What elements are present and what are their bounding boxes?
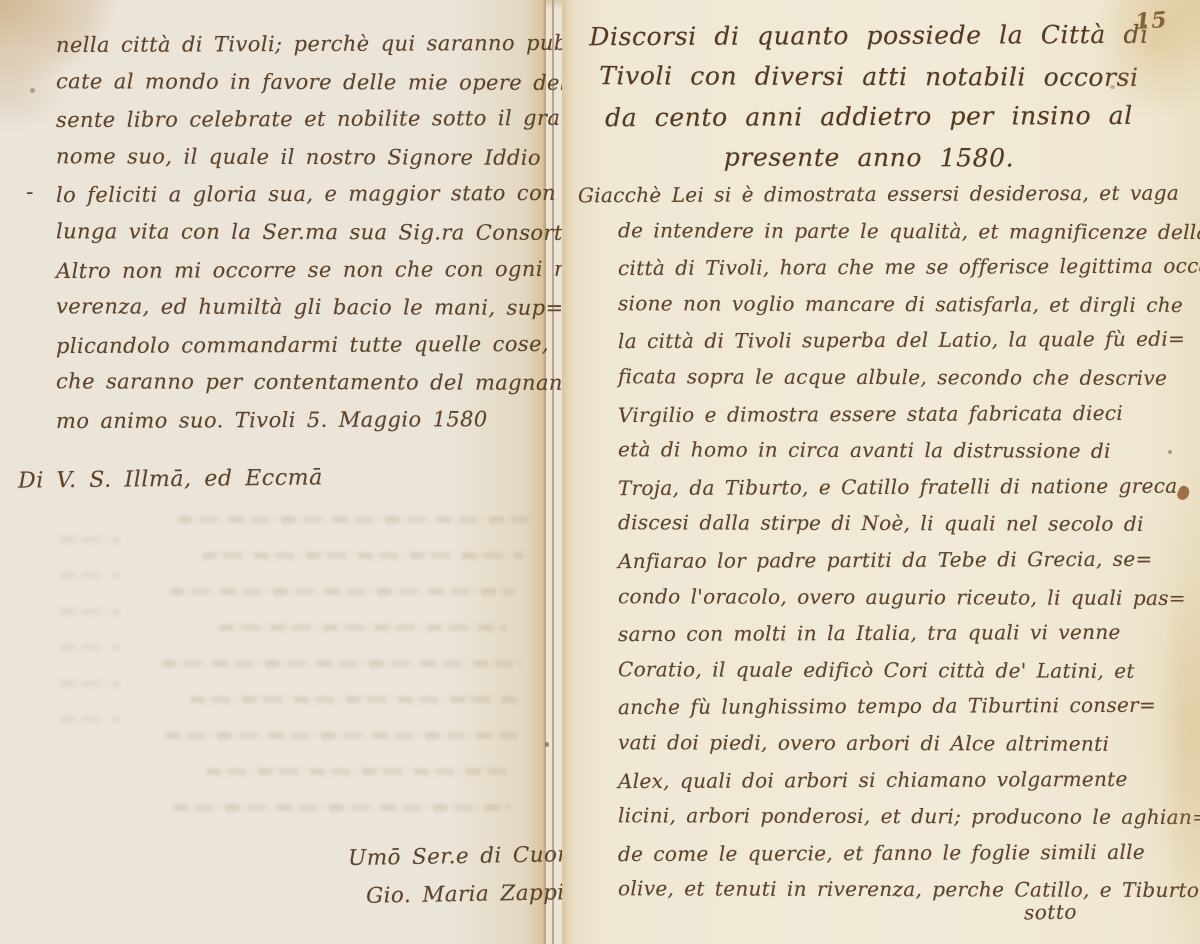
text-line: Virgilio e dimostra essere stata fabrica… [578, 394, 1156, 433]
text-line: sente libro celebrate et nobilite sotto … [56, 100, 534, 140]
foxing-speck [1110, 85, 1115, 89]
left-page: - nella città di Tivoli; perchè qui sara… [0, 0, 546, 944]
text-line: la città di Tivoli superba del Latio, la… [578, 321, 1156, 360]
text-line: Tivoli con diversi atti notabili occorsi [586, 56, 1152, 98]
text-line: anche fù lunghissimo tempo da Tiburtini … [578, 687, 1156, 726]
manuscript-photo: - nella città di Tivoli; perchè qui sara… [0, 0, 1200, 944]
text-line: Giacchè Lei si è dimostrata essersi desi… [578, 175, 1156, 214]
right-page-text-block: Giacchè Lei si è dimostrata essersi desi… [578, 176, 1156, 908]
bleedthrough-ghost-lines-margin [60, 536, 120, 836]
text-line: Alex, quali doi arbori si chiamano volga… [578, 760, 1156, 799]
text-line: Troja, da Tiburto, e Catillo fratelli di… [578, 467, 1156, 506]
text-line: cate al mondo in favore delle mie opere … [56, 63, 534, 102]
valediction-line: Di V. S. Illmā, ed Eccmā [18, 465, 323, 493]
text-line: Anfiarao lor padre partiti da Tebe di Gr… [578, 541, 1156, 580]
foxing-speck [545, 742, 549, 747]
text-line: ficata sopra le acque albule, secondo ch… [578, 358, 1156, 396]
text-line: sione non voglio mancare di satisfarla, … [578, 285, 1156, 323]
text-line: plicandolo commandarmi tutte quelle cose… [56, 326, 534, 366]
text-line: de intendere in parte le qualità, et mag… [578, 212, 1156, 250]
text-line: vati doi piedi, overo arbori di Alce alt… [578, 724, 1156, 762]
chapter-heading: Discorsi di quanto possiede la Città diT… [586, 16, 1152, 178]
book-gutter [546, 0, 562, 944]
text-line: nome suo, il quale il nostro Signore Idd… [56, 138, 534, 177]
text-line: sarno con molti in la Italia, tra quali … [578, 614, 1156, 653]
text-line: da cento anni addietro per insino al [586, 96, 1152, 139]
text-line: città di Tivoli, hora che me se offerisc… [578, 248, 1156, 287]
foxing-speck [1168, 450, 1172, 454]
text-line: mo animo suo. Tivoli 5. Maggio 1580 [56, 401, 534, 441]
text-line: de come le quercie, et fanno le foglie s… [578, 833, 1156, 872]
text-line: nella città di Tivoli; perchè qui sarann… [56, 25, 534, 65]
text-line: lunga vita con la Ser.ma sua Sig.ra Cons… [56, 213, 534, 252]
catchword: sotto [1024, 900, 1077, 925]
text-line: che saranno per contentamento del magnan… [56, 364, 534, 403]
text-line: presente anno 1580. [586, 137, 1152, 179]
foxing-speck [30, 88, 35, 93]
text-line: licini, arbori ponderosi, et duri; produ… [578, 797, 1156, 835]
margin-dash-mark: - [26, 180, 33, 205]
text-line: Coratio, il quale edificò Cori città de'… [578, 651, 1156, 689]
left-page-text-block: nella città di Tivoli; perchè qui sarann… [56, 26, 534, 440]
text-line: Altro non mi occorre se non che con ogni… [56, 251, 534, 291]
text-line: condo l'oracolo, overo augurio riceuto, … [578, 578, 1156, 616]
text-line: discesi dalla stirpe di Noè, li quali ne… [578, 504, 1156, 542]
right-page: 15 Discorsi di quanto possiede la Città … [562, 0, 1200, 944]
text-line: Discorsi di quanto possiede la Città di [586, 15, 1152, 58]
text-line: verenza, ed humiltà gli bacio le mani, s… [56, 288, 534, 327]
bleedthrough-ghost-lines [128, 516, 540, 852]
text-line: lo feliciti a gloria sua, e maggior stat… [56, 175, 534, 215]
text-line: età di homo in circa avanti la distrussi… [578, 431, 1156, 469]
